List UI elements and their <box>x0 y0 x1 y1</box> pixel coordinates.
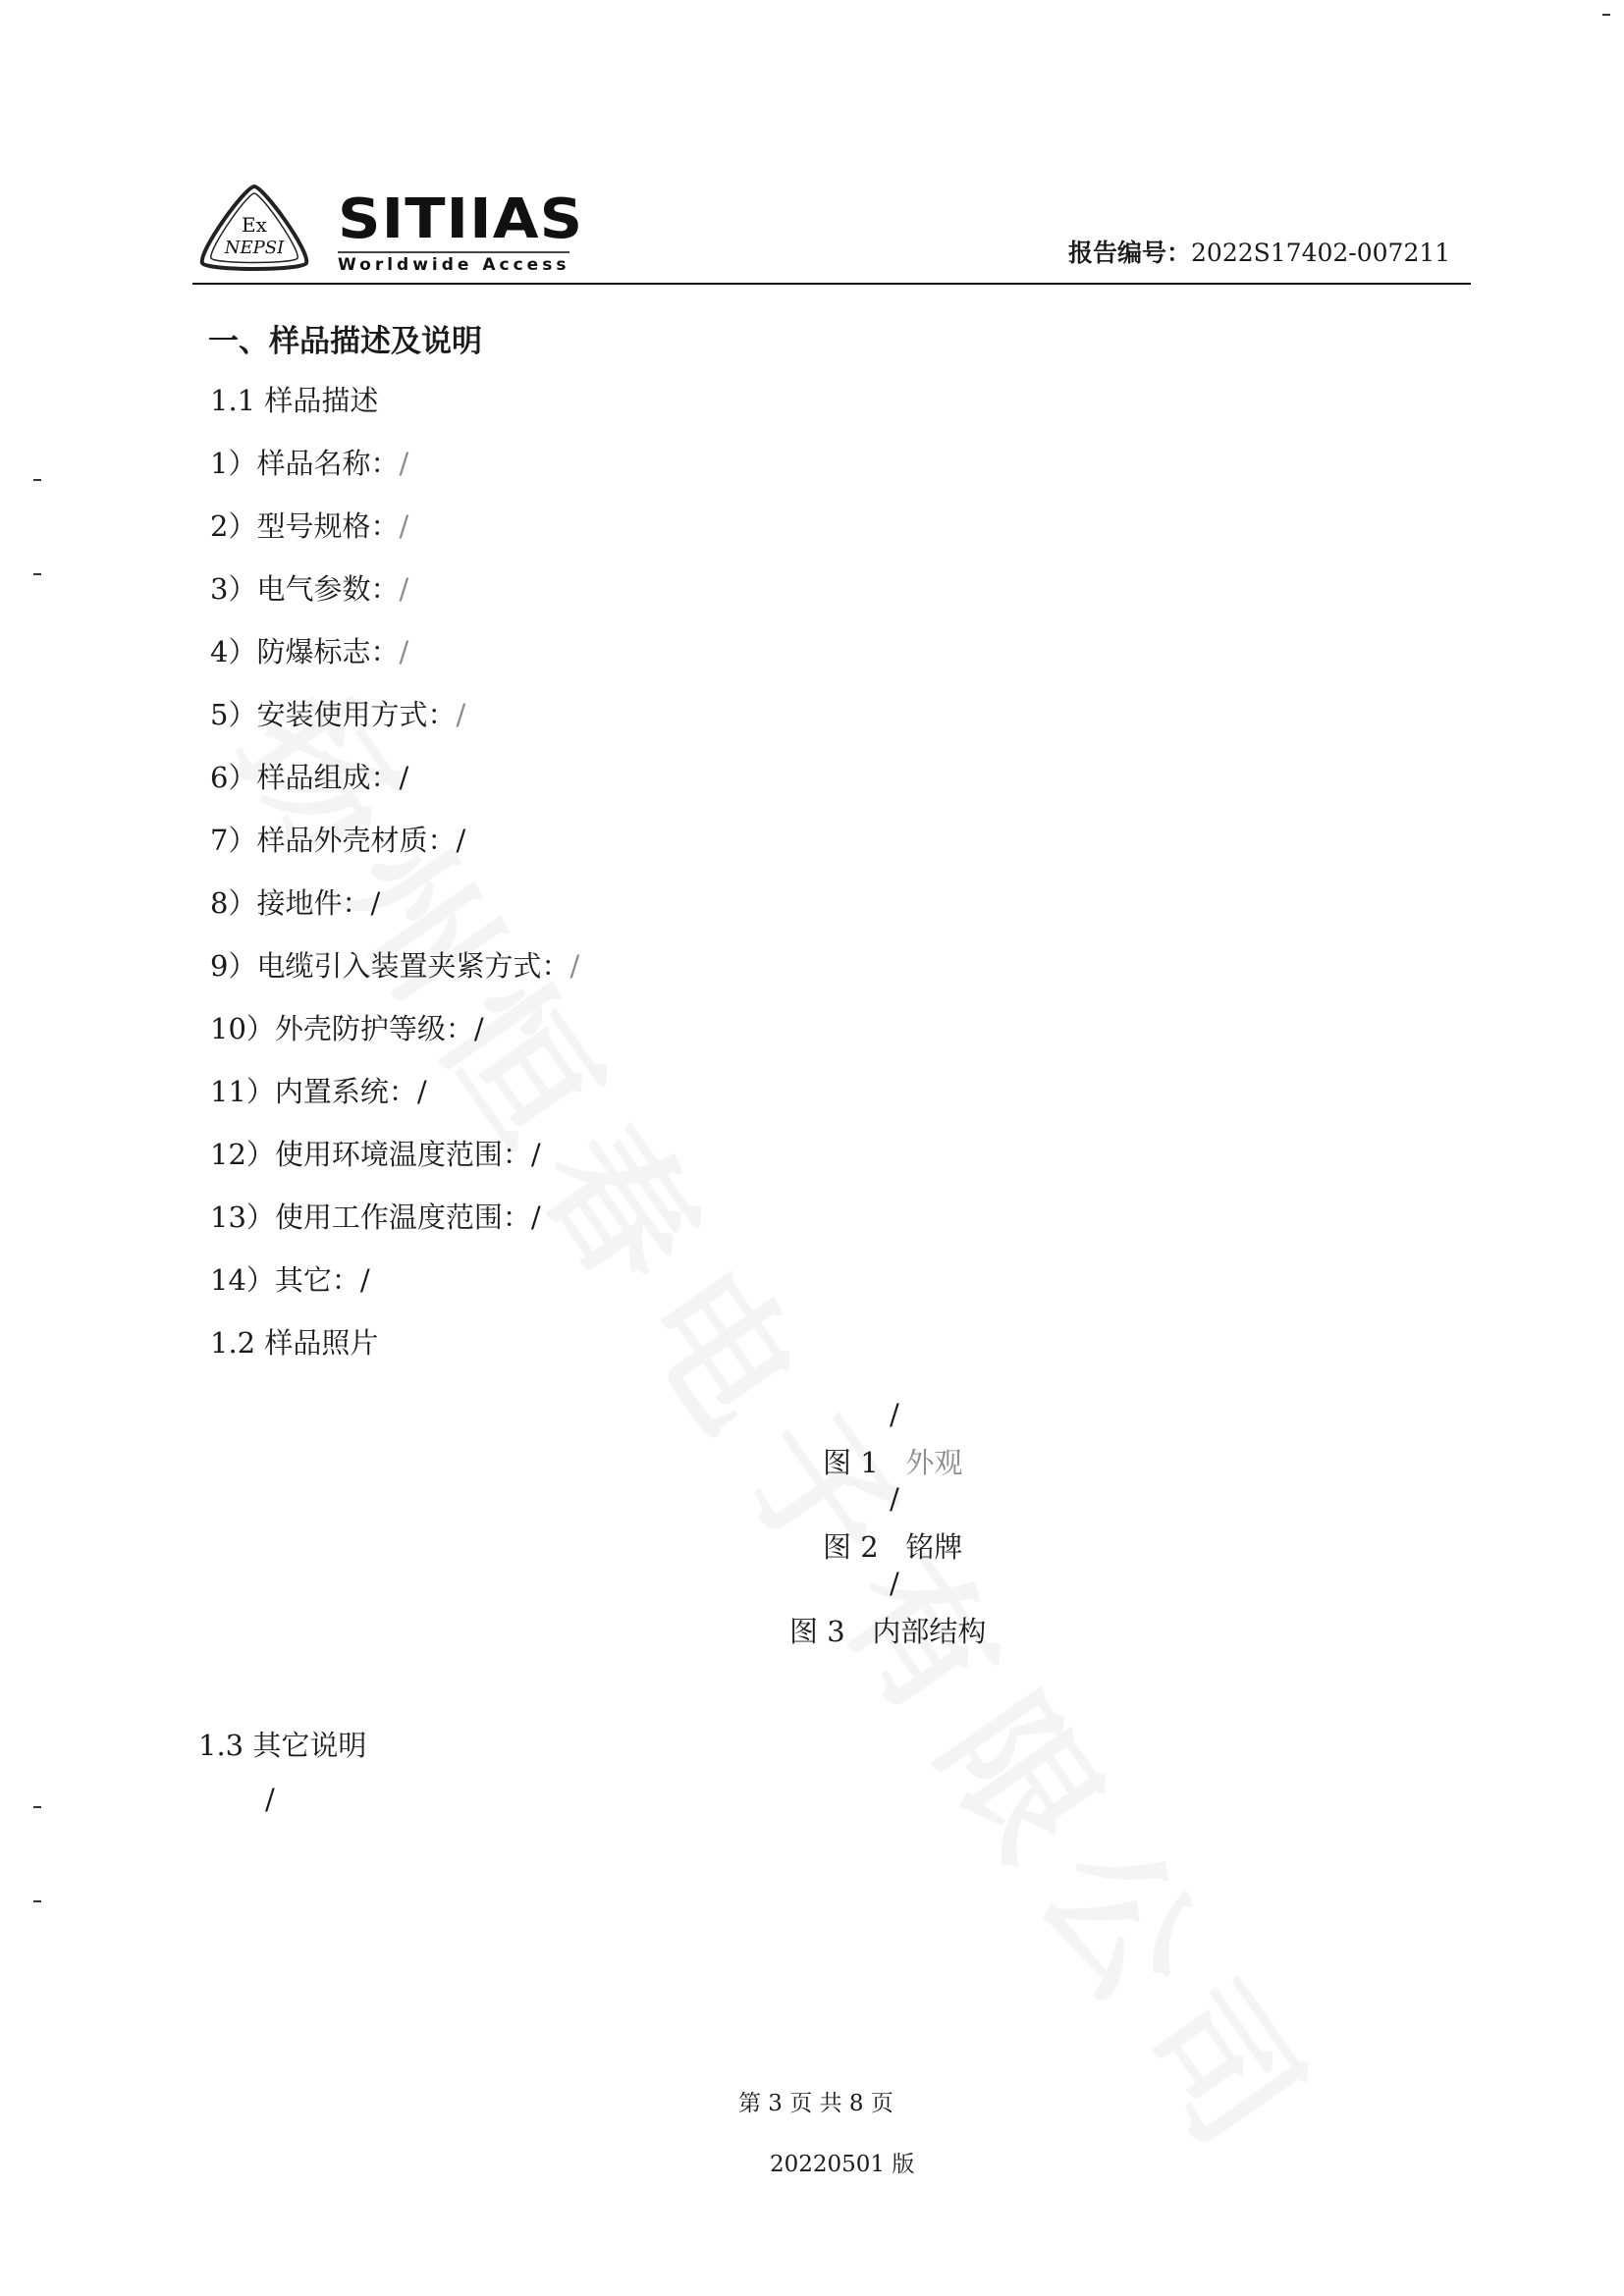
item-built-in-system: 11）内置系统：/ <box>210 1070 427 1110</box>
item-cable-entry-clamping: 9）电缆引入装置夹紧方式：/ <box>210 944 579 985</box>
scan-mark <box>33 479 41 481</box>
figure-1-image-placeholder: / <box>890 1398 899 1431</box>
other-notes-value: / <box>265 1783 275 1816</box>
item-sample-name: 1）样品名称：/ <box>210 442 408 482</box>
sitiias-wordmark: SITIIAS <box>338 192 588 247</box>
figure-3-caption: 图 3 内部结构 <box>789 1610 986 1650</box>
figure-1-caption: 图 1 外观 <box>823 1441 962 1481</box>
figure-3-image-placeholder: / <box>890 1567 899 1600</box>
figure-2-caption: 图 2 铭牌 <box>823 1525 962 1566</box>
sitiias-logo: SITIIAS Worldwide Access <box>338 192 569 275</box>
item-grounding: 8）接地件：/ <box>210 881 380 922</box>
section-title: 一、样品描述及说明 <box>208 316 482 360</box>
item-electrical-params: 3）电气参数：/ <box>210 567 408 608</box>
item-enclosure-material: 7）样品外壳材质：/ <box>210 819 465 859</box>
nepsi-text: NEPSI <box>224 238 285 258</box>
scan-mark <box>1602 14 1610 16</box>
nepsi-ex-text: Ex <box>242 213 268 237</box>
subsection-1-3-title: 1.3 其它说明 <box>198 1724 366 1764</box>
report-number: 报告编号：2022S17402-007211 <box>1068 234 1450 269</box>
item-ingress-protection: 10）外壳防护等级：/ <box>210 1007 484 1047</box>
item-explosion-proof-mark: 4）防爆标志：/ <box>210 630 408 670</box>
subsection-1-2-title: 1.2 样品照片 <box>210 1321 378 1362</box>
sitiias-tagline: Worldwide Access <box>338 251 569 275</box>
item-model-spec: 2）型号规格：/ <box>210 505 408 545</box>
report-number-label: 报告编号： <box>1068 239 1191 267</box>
document-version: 20220501 版 <box>770 2146 914 2178</box>
report-number-value: 2022S17402-007211 <box>1191 239 1450 267</box>
nepsi-ex-logo: Ex NEPSI <box>194 183 314 273</box>
subsection-1-1-title: 1.1 样品描述 <box>210 379 378 419</box>
header-divider <box>192 283 1471 285</box>
item-installation-method: 5）安装使用方式：/ <box>210 693 465 733</box>
page-number: 第 3 页 共 8 页 <box>738 2085 893 2117</box>
item-operating-temp-range: 13）使用工作温度范围：/ <box>210 1196 541 1236</box>
item-ambient-temp-range: 12）使用环境温度范围：/ <box>210 1133 541 1173</box>
item-sample-composition: 6）样品组成：/ <box>210 756 408 796</box>
scan-mark <box>33 1900 41 1902</box>
item-other: 14）其它：/ <box>210 1258 370 1299</box>
scan-mark <box>33 573 41 575</box>
scan-mark <box>33 1806 41 1808</box>
figure-2-image-placeholder: / <box>890 1482 899 1516</box>
